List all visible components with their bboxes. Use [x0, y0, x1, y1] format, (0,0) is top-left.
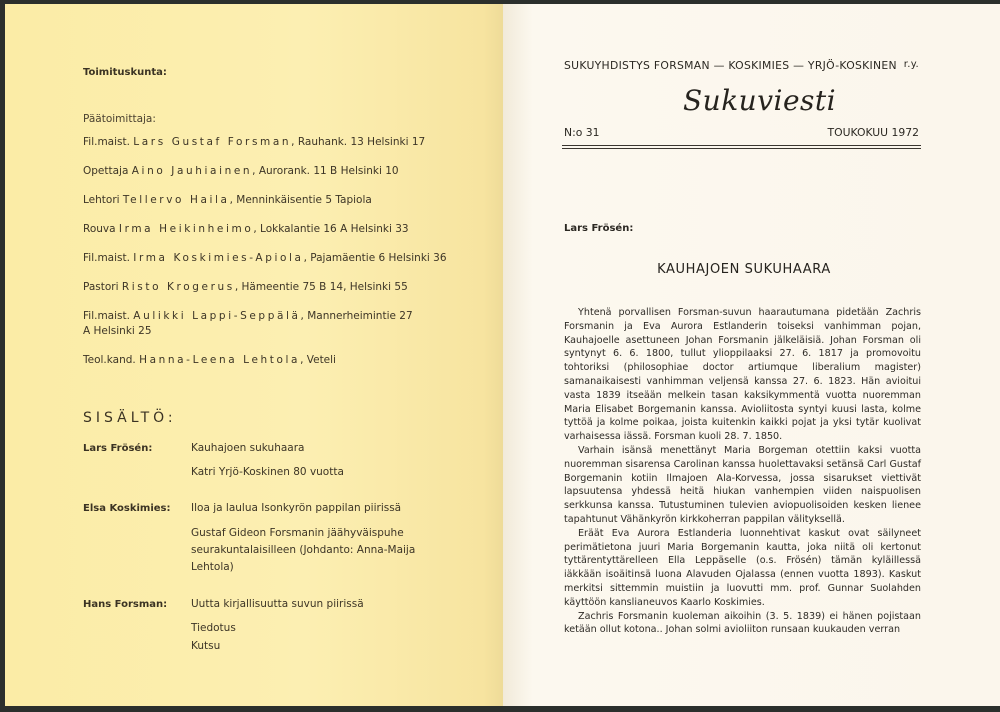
- editor-name: Aulikki Lappi-Seppälä: [133, 310, 300, 322]
- editor-entry: Rouva Irma Heikinheimo, Lokkalantie 16 A…: [83, 222, 463, 237]
- toc-item: Kauhajoen sukuhaara: [191, 441, 473, 456]
- left-page: Toimituskunta: Päätoimittaja: Fil.maist.…: [5, 4, 503, 706]
- editorial-board-heading: Toimituskunta:: [83, 67, 167, 78]
- association-suffix: r.y.: [904, 59, 919, 72]
- contents-heading: SISÄLTÖ:: [83, 410, 177, 426]
- article-paragraph: Varhain isänsä menettänyt Maria Borgeman…: [564, 444, 921, 527]
- toc-item: Katri Yrjö-Koskinen 80 vuotta: [191, 465, 473, 480]
- editor-name: Tellervo Haila: [123, 194, 230, 206]
- article-title: KAUHAJOEN SUKUHAARA: [564, 262, 924, 277]
- article-paragraph: Yhtenä porvallisen Forsman-suvun haaraut…: [564, 306, 921, 444]
- editor-name: Lars Gustaf Forsman: [133, 136, 291, 148]
- toc-author: Lars Frösén:: [83, 441, 191, 489]
- editor-title: Rouva: [83, 223, 116, 235]
- masthead-rule: [562, 145, 921, 146]
- editor-entry: Fil.maist. Lars Gustaf Forsman, Rauhank.…: [83, 135, 463, 150]
- magazine-spread: Toimituskunta: Päätoimittaja: Fil.maist.…: [5, 4, 1000, 706]
- editor-entry: Pastori Risto Krogerus, Hämeentie 75 B 1…: [83, 280, 463, 295]
- toc-item: Uutta kirjallisuutta suvun piirissä: [191, 597, 473, 612]
- editor-address: , Rauhank. 13 Helsinki 17: [291, 136, 425, 148]
- table-of-contents: Lars Frösén: Kauhajoen sukuhaara Katri Y…: [83, 441, 473, 669]
- article-author: Lars Frösén:: [564, 223, 633, 234]
- association-name: SUKUYHDISTYS FORSMAN — KOSKIMIES — YRJÖ-…: [564, 59, 897, 72]
- editor-address: , Aurorank. 11 B Helsinki 10: [252, 165, 398, 177]
- editor-name: Irma Heikinheimo: [119, 223, 253, 235]
- editor-title: Fil.maist.: [83, 310, 130, 322]
- editor-entry: Opettaja Aino Jauhiainen, Aurorank. 11 B…: [83, 164, 463, 179]
- toc-group: Hans Forsman: Uutta kirjallisuutta suvun…: [83, 597, 473, 657]
- editor-title: Lehtori: [83, 194, 120, 206]
- editor-title: Pastori: [83, 281, 119, 293]
- masthead-association: SUKUYHDISTYS FORSMAN — KOSKIMIES — YRJÖ-…: [564, 59, 919, 72]
- article-body: Yhtenä porvallisen Forsman-suvun haaraut…: [564, 306, 921, 637]
- chief-editor-label: Päätoimittaja:: [83, 113, 156, 125]
- editor-address: , Hämeentie 75 B 14, Helsinki 55: [235, 281, 408, 293]
- masthead-rule: [562, 148, 921, 149]
- toc-item: Gustaf Gideon Forsmanin jäähyväispuhe se…: [191, 525, 431, 576]
- toc-group: Lars Frösén: Kauhajoen sukuhaara Katri Y…: [83, 441, 473, 489]
- editor-address: , Veteli: [300, 354, 336, 366]
- editor-entry: Teol.kand. Hanna-Leena Lehtola, Veteli: [83, 353, 463, 368]
- issue-date: TOUKOKUU 1972: [828, 126, 920, 139]
- editor-entry: Lehtori Tellervo Haila, Menninkäisentie …: [83, 193, 463, 208]
- editor-title: Teol.kand.: [83, 354, 136, 366]
- editor-address: , Menninkäisentie 5 Tapiola: [230, 194, 372, 206]
- toc-group: Elsa Koskimies: Iloa ja laulua Isonkyrön…: [83, 501, 473, 585]
- toc-author: Hans Forsman:: [83, 597, 191, 657]
- toc-author: Elsa Koskimies:: [83, 501, 191, 585]
- toc-item: Kutsu: [191, 639, 473, 654]
- editor-address: , Lokkalantie 16 A Helsinki 33: [253, 223, 408, 235]
- editor-name: Hanna-Leena Lehtola: [139, 354, 300, 366]
- editor-entry: Fil.maist. Irma Koskimies-Apiola, Pajamä…: [83, 251, 463, 266]
- editor-title: Opettaja: [83, 165, 128, 177]
- editor-list: Fil.maist. Lars Gustaf Forsman, Rauhank.…: [83, 135, 463, 382]
- editor-name: Aino Jauhiainen: [132, 165, 252, 177]
- article-paragraph: Eräät Eva Aurora Estlanderia luonnehtiva…: [564, 527, 921, 610]
- issue-row: N:o 31 TOUKOKUU 1972: [564, 126, 919, 139]
- editor-name: Irma Koskimies-Apiola: [133, 252, 303, 264]
- editor-entry: Fil.maist. Aulikki Lappi-Seppälä, Manner…: [83, 309, 413, 339]
- toc-item: Iloa ja laulua Isonkyrön pappilan piiris…: [191, 501, 473, 516]
- toc-item: Tiedotus: [191, 621, 473, 636]
- editor-address: , Pajamäentie 6 Helsinki 36: [304, 252, 447, 264]
- right-page: SUKUYHDISTYS FORSMAN — KOSKIMIES — YRJÖ-…: [503, 4, 1000, 706]
- publication-title: Sukuviesti: [683, 84, 836, 117]
- article-paragraph: Zachris Forsmanin kuoleman aikoihin (3. …: [564, 610, 921, 638]
- editor-name: Risto Krogerus: [122, 281, 235, 293]
- editor-title: Fil.maist.: [83, 252, 130, 264]
- editor-title: Fil.maist.: [83, 136, 130, 148]
- issue-number: N:o 31: [564, 126, 600, 139]
